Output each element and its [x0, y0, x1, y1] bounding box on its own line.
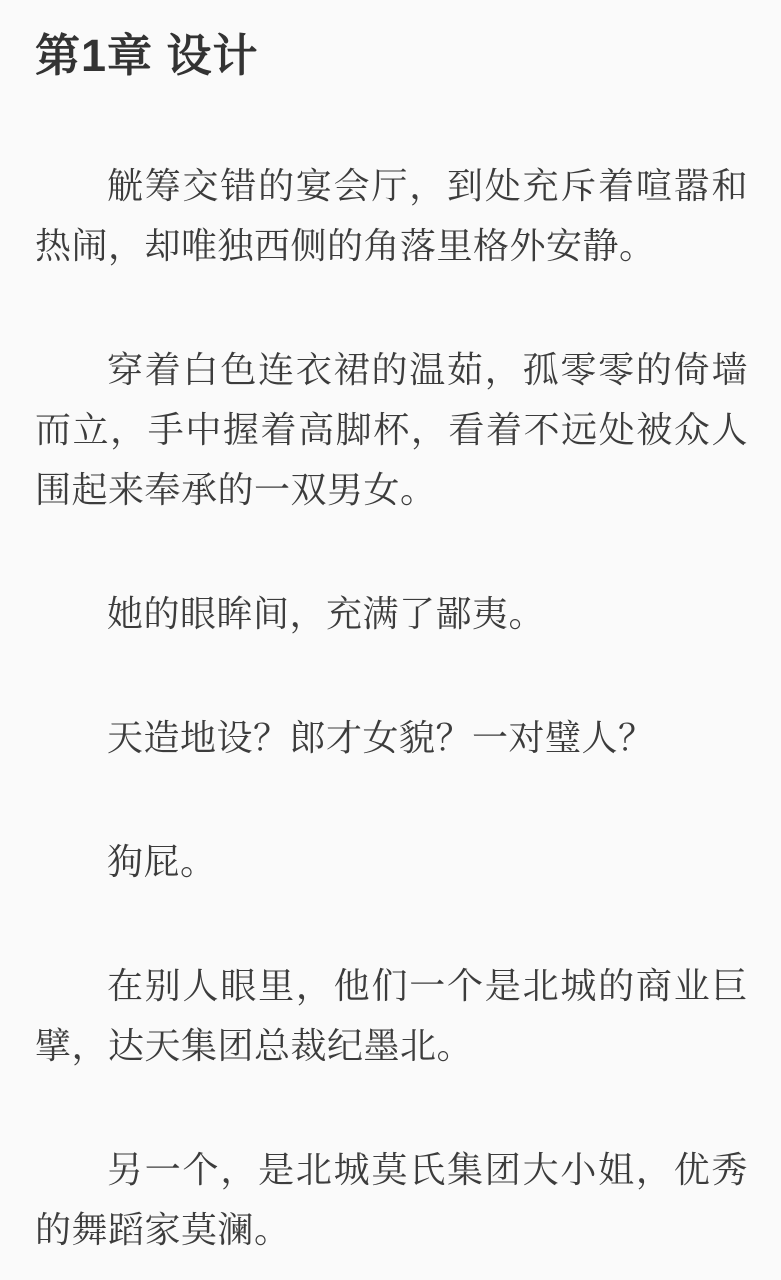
- paragraph: 她的眼眸间，充满了鄙夷。: [35, 584, 748, 644]
- reader-page: 第1章 设计 觥筹交错的宴会厅，到处充斥着喧嚣和热闹，却唯独西侧的角落里格外安静…: [0, 0, 781, 1280]
- paragraph: 在别人眼里，他们一个是北城的商业巨擘，达天集团总裁纪墨北。: [35, 956, 748, 1076]
- paragraph: 另一个，是北城莫氏集团大小姐，优秀的舞蹈家莫澜。: [35, 1140, 748, 1260]
- paragraph: 觥筹交错的宴会厅，到处充斥着喧嚣和热闹，却唯独西侧的角落里格外安静。: [35, 156, 748, 276]
- paragraph: 狗屁。: [35, 832, 748, 892]
- chapter-title: 第1章 设计: [35, 28, 748, 84]
- paragraph: 穿着白色连衣裙的温茹，孤零零的倚墙而立，手中握着高脚杯，看着不远处被众人围起来奉…: [35, 340, 748, 520]
- paragraph: 天造地设？郎才女貌？一对璧人？: [35, 708, 748, 768]
- chapter-body: 觥筹交错的宴会厅，到处充斥着喧嚣和热闹，却唯独西侧的角落里格外安静。 穿着白色连…: [35, 156, 748, 1260]
